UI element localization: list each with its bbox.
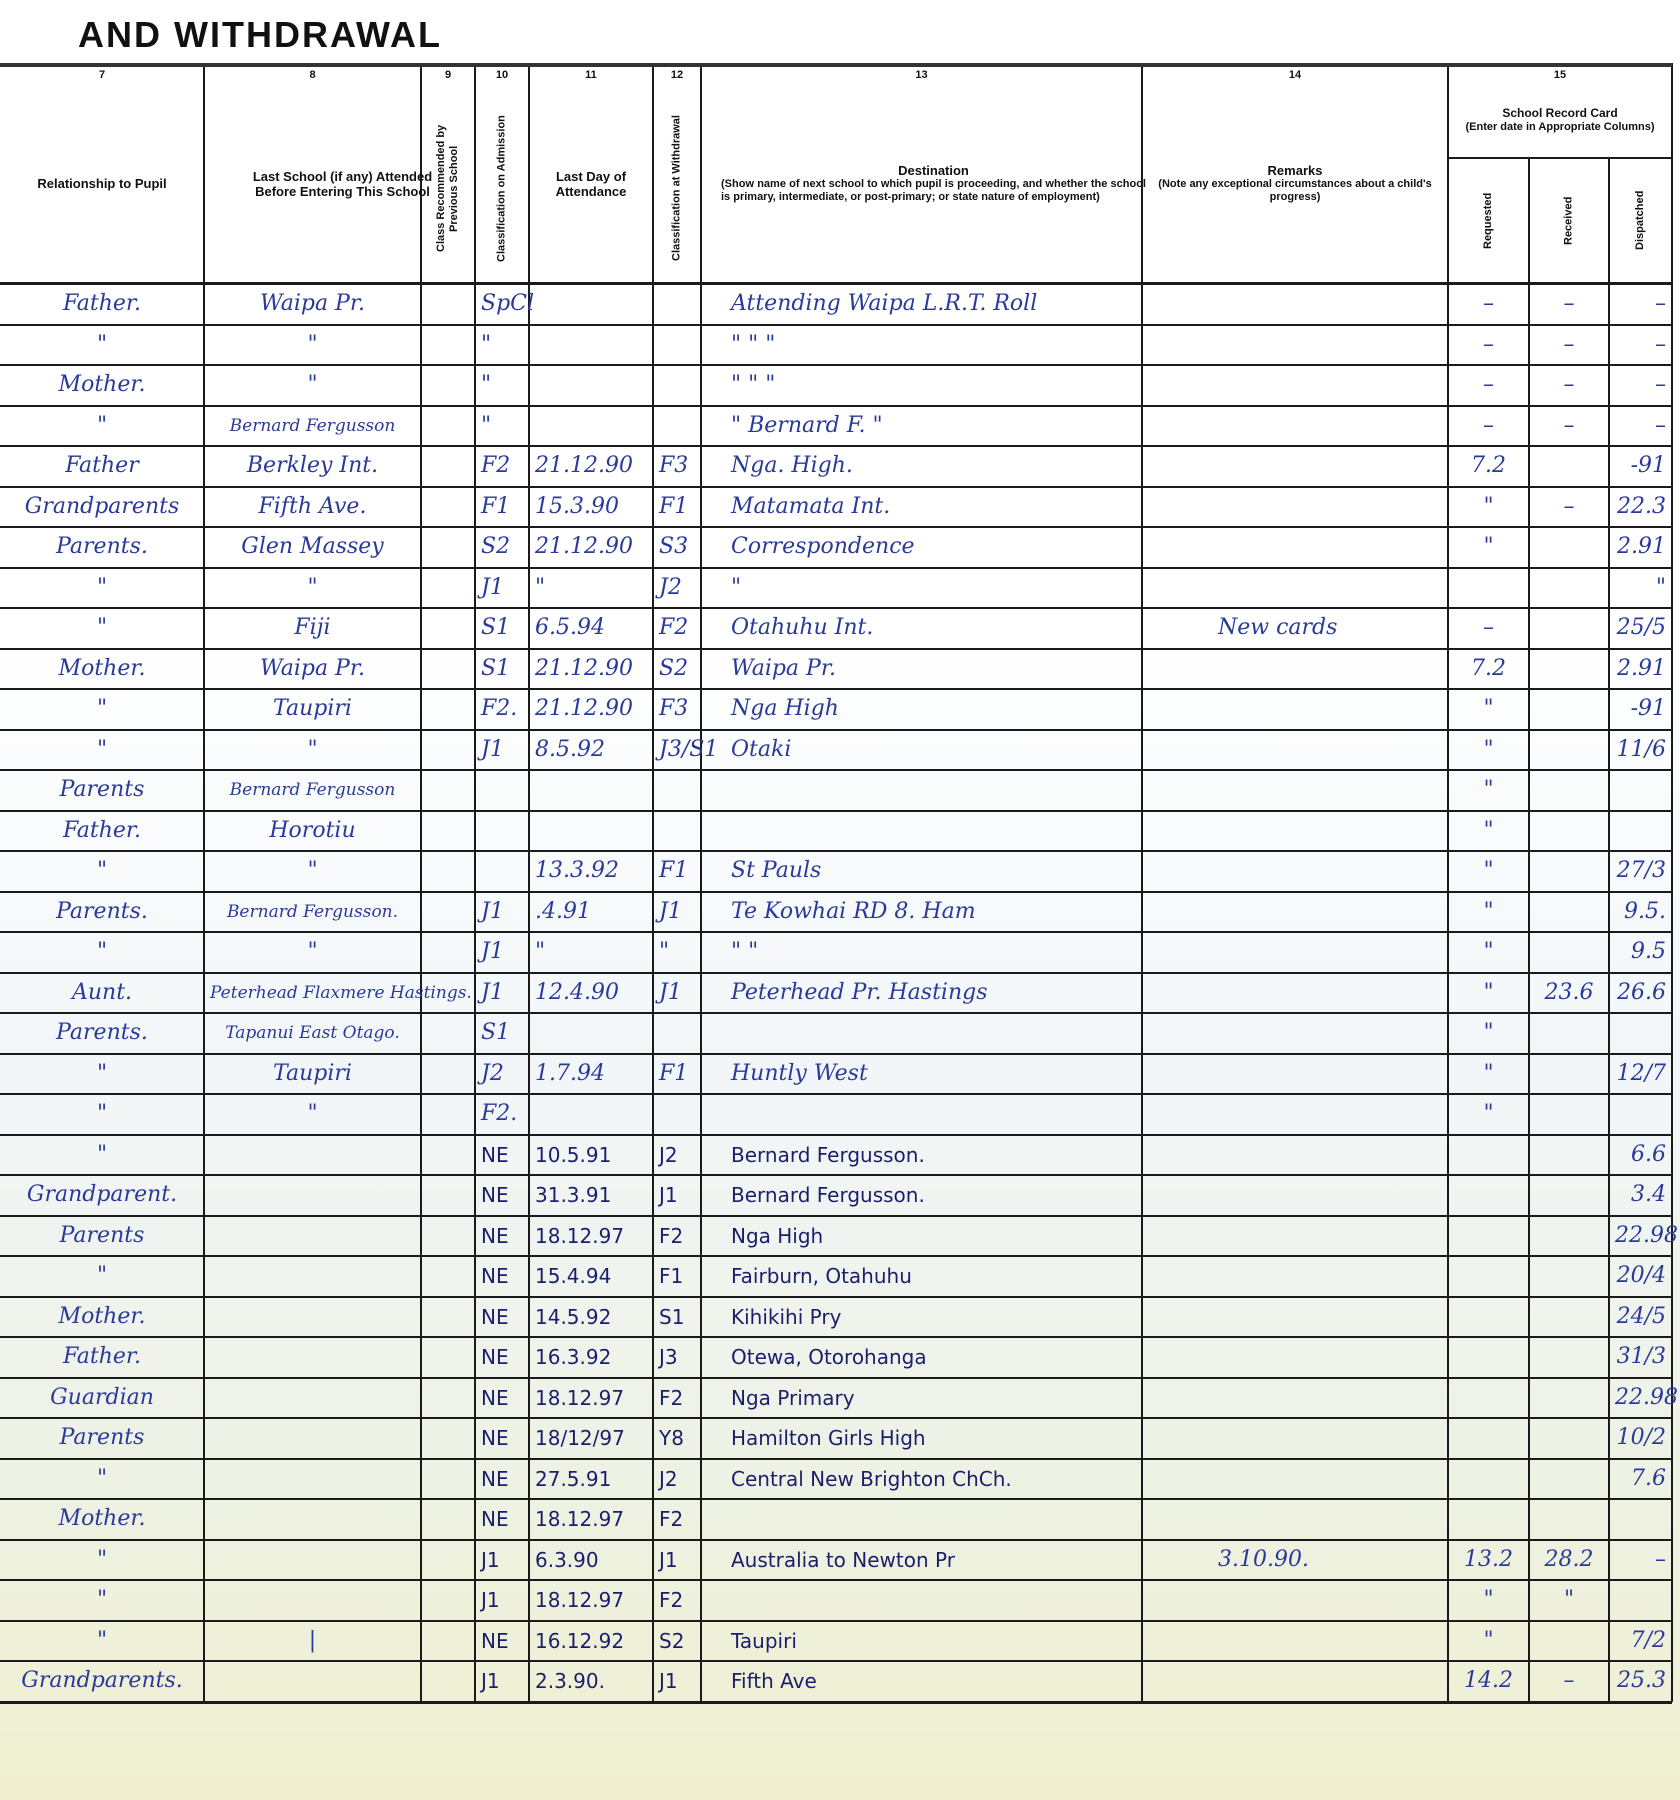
table-row[interactable]: Mother.NE14.5.92S1Kihikihi Pry24/5 [0, 1297, 1672, 1338]
table-row[interactable]: "TaupiriJ21.7.94F1Huntly West"12/7 [0, 1054, 1672, 1095]
cell-relationship: Mother. [6, 1297, 198, 1337]
cell-relationship: Mother. [6, 1499, 198, 1539]
cell-requested [1454, 1459, 1523, 1499]
cell-destination: Taupiri [707, 1621, 1160, 1661]
cell-received [1535, 568, 1603, 608]
cell-destination: Nga Primary [707, 1378, 1160, 1418]
cell-last-school [210, 1418, 415, 1458]
column-header-sublabel: (Show name of next school to which pupil… [721, 178, 1146, 204]
cell-relationship: " [6, 1256, 198, 1296]
cell-class-wd [659, 365, 695, 405]
record-card-split-rule [1448, 157, 1672, 159]
table-row[interactable]: Father.Waipa Pr.SpClAttending Waipa L.R.… [0, 284, 1672, 325]
cell-requested [1454, 1337, 1523, 1377]
cell-class-adm: NE [481, 1499, 523, 1539]
cell-requested: " [1454, 1621, 1523, 1661]
cell-last-day [535, 770, 647, 810]
cell-class-rec [427, 446, 469, 486]
cell-last-school [210, 1175, 415, 1215]
cell-class-adm: " [481, 325, 523, 365]
cell-relationship: " [6, 851, 198, 891]
cell-class-adm [481, 851, 523, 891]
cell-received: 23.6 [1535, 973, 1603, 1013]
cell-last-school: Horotiu [210, 811, 415, 851]
table-row[interactable]: "Bernard Fergusson"" Bernard F. "––– [0, 406, 1672, 447]
cell-class-adm: S1 [481, 608, 523, 648]
table-row[interactable]: Grandparent.NE31.3.91J1Bernard Fergusson… [0, 1175, 1672, 1216]
cell-class-rec [427, 527, 469, 567]
cell-dispatched [1615, 811, 1666, 851]
cell-class-rec [427, 1459, 469, 1499]
cell-received [1535, 932, 1603, 972]
column-header: Remarks(Note any exceptional circumstanc… [1150, 93, 1440, 274]
cell-requested: " [1454, 973, 1523, 1013]
table-row[interactable]: ""J1""" ""9.5 [0, 932, 1672, 973]
cell-class-wd: F2 [659, 608, 695, 648]
cell-class-rec [427, 608, 469, 648]
cell-received [1535, 1175, 1603, 1215]
table-row[interactable]: Grandparents.J12.3.90.J1Fifth Ave14.2–25… [0, 1661, 1672, 1702]
cell-class-rec [427, 1499, 469, 1539]
cell-last-day: 6.3.90 [535, 1540, 647, 1580]
cell-class-adm: J1 [481, 568, 523, 608]
column-number: 12 [653, 69, 701, 81]
table-row[interactable]: Aunt.Peterhead Flaxmere Hastings.J112.4.… [0, 973, 1672, 1014]
column-number: 7 [0, 69, 204, 81]
cell-last-school [210, 1499, 415, 1539]
cell-last-school: Glen Massey [210, 527, 415, 567]
cell-class-wd: S2 [659, 1621, 695, 1661]
cell-last-school: Peterhead Flaxmere Hastings. [210, 973, 415, 1013]
cell-class-adm: F2. [481, 1094, 523, 1134]
cell-relationship: " [6, 1135, 198, 1175]
table-row[interactable]: ParentsNE18/12/97Y8Hamilton Girls High10… [0, 1418, 1672, 1459]
cell-class-adm: S1 [481, 649, 523, 689]
cell-destination: Peterhead Pr. Hastings [707, 973, 1160, 1013]
cell-class-adm: " [481, 406, 523, 446]
table-row[interactable]: Father.NE16.3.92J3Otewa, Otorohanga31/3 [0, 1337, 1672, 1378]
table-row[interactable]: "NE15.4.94F1Fairburn, Otahuhu20/4 [0, 1256, 1672, 1297]
cell-class-rec [427, 1054, 469, 1094]
cell-class-adm: NE [481, 1256, 523, 1296]
cell-relationship: Parents [6, 1418, 198, 1458]
cell-requested [1454, 1256, 1523, 1296]
table-row[interactable]: "TaupiriF2.21.12.90F3Nga High"-91 [0, 689, 1672, 730]
cell-dispatched: 25/5 [1615, 608, 1666, 648]
cell-requested [1454, 568, 1523, 608]
column-header: Relationship to Pupil [8, 93, 196, 274]
cell-last-day: .4.91 [535, 892, 647, 932]
cell-dispatched: 22.98 [1615, 1378, 1666, 1418]
cell-class-wd: F3 [659, 446, 695, 486]
table-row[interactable]: ""13.3.92F1St Pauls"27/3 [0, 851, 1672, 892]
cell-received [1535, 1256, 1603, 1296]
cell-relationship: " [6, 1540, 198, 1580]
cell-class-wd: S3 [659, 527, 695, 567]
cell-relationship: " [6, 608, 198, 648]
cell-class-rec [427, 1216, 469, 1256]
cell-destination [707, 1580, 1160, 1620]
cell-relationship: Parents. [6, 892, 198, 932]
cell-class-wd [659, 325, 695, 365]
table-row[interactable]: GuardianNE18.12.97F2Nga Primary22.98 [0, 1378, 1672, 1419]
cell-relationship: Grandparent. [6, 1175, 198, 1215]
cell-relationship: Father [6, 446, 198, 486]
cell-dispatched: 7.6 [1615, 1459, 1666, 1499]
cell-relationship: " [6, 1054, 198, 1094]
cell-relationship: " [6, 689, 198, 729]
cell-requested: – [1454, 365, 1523, 405]
cell-relationship: Father. [6, 811, 198, 851]
cell-class-adm: J1 [481, 1580, 523, 1620]
cell-class-wd: J1 [659, 892, 695, 932]
cell-class-adm: J1 [481, 973, 523, 1013]
table-row[interactable]: ""J1"J2"" [0, 568, 1672, 609]
column-header-label: Last School (if any) Attended Before Ent… [242, 169, 443, 199]
cell-destination: Otahuhu Int. [707, 608, 1160, 648]
cell-last-school [210, 1135, 415, 1175]
cell-class-adm: NE [481, 1418, 523, 1458]
cell-class-rec [427, 487, 469, 527]
cell-relationship: " [6, 325, 198, 365]
cell-dispatched [1615, 1580, 1666, 1620]
cell-class-adm [481, 770, 523, 810]
cell-destination [707, 770, 1160, 810]
cell-class-adm: J2 [481, 1054, 523, 1094]
cell-last-school: Taupiri [210, 689, 415, 729]
cell-dispatched: 3.4 [1615, 1175, 1666, 1215]
cell-class-adm: NE [481, 1135, 523, 1175]
cell-destination [707, 811, 1160, 851]
cell-dispatched: 9.5. [1615, 892, 1666, 932]
cell-class-wd: S1 [659, 1297, 695, 1337]
cell-last-day: 21.12.90 [535, 446, 647, 486]
cell-class-rec [427, 730, 469, 770]
cell-relationship: Mother. [6, 649, 198, 689]
cell-destination: " [707, 568, 1160, 608]
cell-relationship: Parents. [6, 527, 198, 567]
cell-dispatched [1615, 1499, 1666, 1539]
cell-requested: " [1454, 851, 1523, 891]
table-row[interactable]: GrandparentsFifth Ave.F115.3.90F1Matamat… [0, 487, 1672, 528]
cell-last-school: Waipa Pr. [210, 649, 415, 689]
cell-received [1535, 649, 1603, 689]
cell-dispatched: 22.98 [1615, 1216, 1666, 1256]
table-row[interactable]: Mother.NE18.12.97F2 [0, 1499, 1672, 1540]
cell-requested: " [1454, 1054, 1523, 1094]
cell-class-wd: F1 [659, 1054, 695, 1094]
cell-class-adm: NE [481, 1621, 523, 1661]
cell-requested: " [1454, 1094, 1523, 1134]
cell-requested: " [1454, 892, 1523, 932]
table-row[interactable]: Mother.""" " "––– [0, 365, 1672, 406]
column-header-label: Classification on Admission [479, 103, 525, 274]
cell-class-rec [427, 1094, 469, 1134]
cell-last-school [210, 1337, 415, 1377]
table-row[interactable]: "NE27.5.91J2Central New Brighton ChCh.7.… [0, 1459, 1672, 1500]
cell-destination: Australia to Newton Pr [707, 1540, 1160, 1580]
cell-class-wd: J1 [659, 1540, 695, 1580]
cell-class-wd [659, 1094, 695, 1134]
cell-last-school: " [210, 932, 415, 972]
cell-class-adm: J1 [481, 730, 523, 770]
cell-dispatched: 2.91 [1615, 649, 1666, 689]
cell-class-adm: J1 [481, 1661, 523, 1701]
cell-last-day: 18/12/97 [535, 1418, 647, 1458]
column-number: 10 [475, 69, 529, 81]
cell-last-day [535, 1094, 647, 1134]
cell-class-wd: F1 [659, 851, 695, 891]
cell-received [1535, 1499, 1603, 1539]
cell-last-day: 21.12.90 [535, 649, 647, 689]
cell-relationship: " [6, 1459, 198, 1499]
table-row[interactable]: ""J18.5.92J3/S1Otaki"11/6 [0, 730, 1672, 771]
cell-received: – [1535, 406, 1603, 446]
table-row[interactable]: ""F2." [0, 1094, 1672, 1135]
cell-dispatched [1615, 1094, 1666, 1134]
cell-class-adm: J1 [481, 892, 523, 932]
cell-class-wd: J2 [659, 568, 695, 608]
cell-class-rec [427, 1297, 469, 1337]
cell-dispatched: 11/6 [1615, 730, 1666, 770]
cell-requested: " [1454, 770, 1523, 810]
cell-relationship: Grandparents [6, 487, 198, 527]
column-header-label: Classification at Withdrawal [657, 103, 697, 274]
cell-last-day [535, 325, 647, 365]
cell-requested: " [1454, 932, 1523, 972]
cell-relationship: Guardian [6, 1378, 198, 1418]
cell-last-school [210, 1661, 415, 1701]
cell-destination: Fairburn, Otahuhu [707, 1256, 1160, 1296]
cell-class-wd [659, 406, 695, 446]
cell-class-adm: S2 [481, 527, 523, 567]
cell-class-adm [481, 811, 523, 851]
cell-destination: St Pauls [707, 851, 1160, 891]
cell-dispatched [1615, 1013, 1666, 1053]
cell-last-day: 18.12.97 [535, 1580, 647, 1620]
cell-last-school: Berkley Int. [210, 446, 415, 486]
cell-last-school: " [210, 568, 415, 608]
cell-destination: Otaki [707, 730, 1160, 770]
table-row[interactable]: "FijiS16.5.94F2Otahuhu Int.New cards–25/… [0, 608, 1672, 649]
column-number: 11 [529, 69, 653, 81]
cell-class-adm: NE [481, 1378, 523, 1418]
cell-requested [1454, 1175, 1523, 1215]
cell-dispatched: 20/4 [1615, 1256, 1666, 1296]
cell-class-wd [659, 811, 695, 851]
table-row[interactable]: ParentsNE18.12.97F2Nga High22.98 [0, 1216, 1672, 1257]
cell-requested [1454, 1135, 1523, 1175]
cell-class-wd [659, 1013, 695, 1053]
cell-last-school [210, 1540, 415, 1580]
cell-received [1535, 1459, 1603, 1499]
cell-last-day [535, 811, 647, 851]
cell-dispatched: – [1615, 1540, 1666, 1580]
cell-destination: Nga High [707, 689, 1160, 729]
cell-relationship: " [6, 730, 198, 770]
cell-requested: 7.2 [1454, 649, 1523, 689]
cell-class-rec [427, 568, 469, 608]
table-row[interactable]: Parents.Tapanui East Otago.S1" [0, 1013, 1672, 1054]
cell-last-school: Bernard Fergusson [210, 406, 415, 446]
table-row[interactable]: "|NE16.12.92S2Taupiri"7/2 [0, 1621, 1672, 1662]
cell-class-rec [427, 1256, 469, 1296]
record-card-header: School Record Card(Enter date in Appropr… [1448, 85, 1672, 155]
cell-last-day: 10.5.91 [535, 1135, 647, 1175]
column-header: Last Day of Attendance [537, 93, 645, 274]
cell-class-adm: J1 [481, 932, 523, 972]
column-number: 9 [421, 69, 475, 81]
cell-received: – [1535, 365, 1603, 405]
cell-requested: 14.2 [1454, 1661, 1523, 1701]
cell-destination: Te Kowhai RD 8. Ham [707, 892, 1160, 932]
cell-requested: 13.2 [1454, 1540, 1523, 1580]
cell-dispatched: -91 [1615, 689, 1666, 729]
cell-received [1535, 1297, 1603, 1337]
cell-relationship: Father. [6, 1337, 198, 1377]
cell-dispatched: 12/7 [1615, 1054, 1666, 1094]
cell-requested [1454, 1216, 1523, 1256]
record-card-label: School Record Card [1502, 106, 1617, 121]
cell-class-adm: NE [481, 1337, 523, 1377]
cell-class-adm: SpCl [481, 284, 523, 324]
page-title: AND WITHDRAWAL [78, 14, 442, 56]
cell-requested: 7.2 [1454, 446, 1523, 486]
cell-class-wd: F3 [659, 689, 695, 729]
cell-received: – [1535, 487, 1603, 527]
cell-last-day: 6.5.94 [535, 608, 647, 648]
cell-destination: Central New Brighton ChCh. [707, 1459, 1160, 1499]
table-row[interactable]: FatherBerkley Int.F221.12.90F3Nga. High.… [0, 446, 1672, 487]
cell-received [1535, 1337, 1603, 1377]
cell-last-school: Fiji [210, 608, 415, 648]
cell-last-school [210, 1459, 415, 1499]
cell-last-school [210, 1378, 415, 1418]
column-header-sublabel: (Note any exceptional circumstances abou… [1150, 178, 1440, 204]
cell-requested: " [1454, 527, 1523, 567]
cell-last-day: " [535, 568, 647, 608]
cell-dispatched: 24/5 [1615, 1297, 1666, 1337]
cell-class-rec [427, 406, 469, 446]
cell-dispatched: 2.91 [1615, 527, 1666, 567]
cell-last-day: 27.5.91 [535, 1459, 647, 1499]
cell-destination: Matamata Int. [707, 487, 1160, 527]
cell-received [1535, 1378, 1603, 1418]
cell-received [1535, 892, 1603, 932]
cell-class-wd: S2 [659, 649, 695, 689]
cell-last-day: 18.12.97 [535, 1378, 647, 1418]
table-row[interactable]: Mother.Waipa Pr.S121.12.90S2Waipa Pr.7.2… [0, 649, 1672, 690]
cell-received [1535, 1418, 1603, 1458]
cell-dispatched: 6.6 [1615, 1135, 1666, 1175]
table-row[interactable]: Father.Horotiu" [0, 811, 1672, 852]
column-header-label: Remarks [1268, 163, 1323, 178]
cell-last-school: Waipa Pr. [210, 284, 415, 324]
cell-last-day: 14.5.92 [535, 1297, 647, 1337]
cell-class-rec [427, 851, 469, 891]
header-top-rule [0, 63, 1672, 67]
table-row[interactable]: ParentsBernard Fergusson" [0, 770, 1672, 811]
cell-dispatched: 25.3 [1615, 1661, 1666, 1701]
table-row[interactable]: "J16.3.90J1Australia to Newton Pr3.10.90… [0, 1540, 1672, 1581]
column-header: Destination(Show name of next school to … [709, 93, 1158, 274]
cell-last-school [210, 1297, 415, 1337]
cell-destination: Fifth Ave [707, 1661, 1160, 1701]
cell-relationship: Parents. [6, 1013, 198, 1053]
column-header-label: Destination [898, 163, 969, 178]
cell-class-rec [427, 1175, 469, 1215]
cell-class-wd: F1 [659, 1256, 695, 1296]
cell-relationship: " [6, 1094, 198, 1134]
cell-requested: " [1454, 1580, 1523, 1620]
cell-last-day: 21.12.90 [535, 689, 647, 729]
cell-received [1535, 1216, 1603, 1256]
cell-dispatched: 9.5 [1615, 932, 1666, 972]
cell-received [1535, 811, 1603, 851]
cell-class-wd: F1 [659, 487, 695, 527]
cell-last-school: Fifth Ave. [210, 487, 415, 527]
cell-class-rec [427, 770, 469, 810]
cell-last-school: " [210, 730, 415, 770]
cell-last-school: " [210, 325, 415, 365]
record-card-subheader: Received [1533, 167, 1605, 274]
cell-destination: Otewa, Otorohanga [707, 1337, 1160, 1377]
record-card-sublabel: (Enter date in Appropriate Columns) [1465, 121, 1654, 134]
cell-dispatched: – [1615, 365, 1666, 405]
cell-destination: Nga. High. [707, 446, 1160, 486]
cell-relationship: Aunt. [6, 973, 198, 1013]
cell-relationship: " [6, 1621, 198, 1661]
column-number: 13 [701, 69, 1142, 81]
cell-destination: Nga High [707, 1216, 1160, 1256]
cell-dispatched: 7/2 [1615, 1621, 1666, 1661]
cell-class-wd [659, 284, 695, 324]
cell-class-wd: J1 [659, 1661, 695, 1701]
cell-received [1535, 608, 1603, 648]
cell-last-school: Bernard Fergusson [210, 770, 415, 810]
cell-class-wd: J3 [659, 1337, 695, 1377]
cell-dispatched: – [1615, 325, 1666, 365]
table-row[interactable]: Parents.Glen MasseyS221.12.90S3Correspon… [0, 527, 1672, 568]
cell-relationship: Parents [6, 770, 198, 810]
cell-class-rec [427, 932, 469, 972]
cell-requested: – [1454, 406, 1523, 446]
cell-received [1535, 689, 1603, 729]
table-row[interactable]: "J118.12.97F2"" [0, 1580, 1672, 1621]
cell-received: – [1535, 325, 1603, 365]
cell-last-day [535, 284, 647, 324]
cell-relationship: " [6, 568, 198, 608]
cell-requested: – [1454, 608, 1523, 648]
cell-received: 28.2 [1535, 1540, 1603, 1580]
column-header-label: Last Day of Attendance [537, 169, 645, 199]
cell-dispatched: – [1615, 284, 1666, 324]
table-row[interactable]: "NE10.5.91J2Bernard Fergusson.6.6 [0, 1135, 1672, 1176]
cell-received [1535, 851, 1603, 891]
table-row[interactable]: """" " "––– [0, 325, 1672, 366]
cell-relationship: Parents [6, 1216, 198, 1256]
table-row[interactable]: Parents.Bernard Fergusson.J1.4.91J1Te Ko… [0, 892, 1672, 933]
cell-requested: – [1454, 325, 1523, 365]
cell-class-rec [427, 689, 469, 729]
cell-last-school [210, 1216, 415, 1256]
cell-class-adm: NE [481, 1459, 523, 1499]
cell-class-rec [427, 892, 469, 932]
cell-class-wd: F2 [659, 1378, 695, 1418]
cell-relationship: Mother. [6, 365, 198, 405]
cell-requested: " [1454, 730, 1523, 770]
cell-received [1535, 527, 1603, 567]
